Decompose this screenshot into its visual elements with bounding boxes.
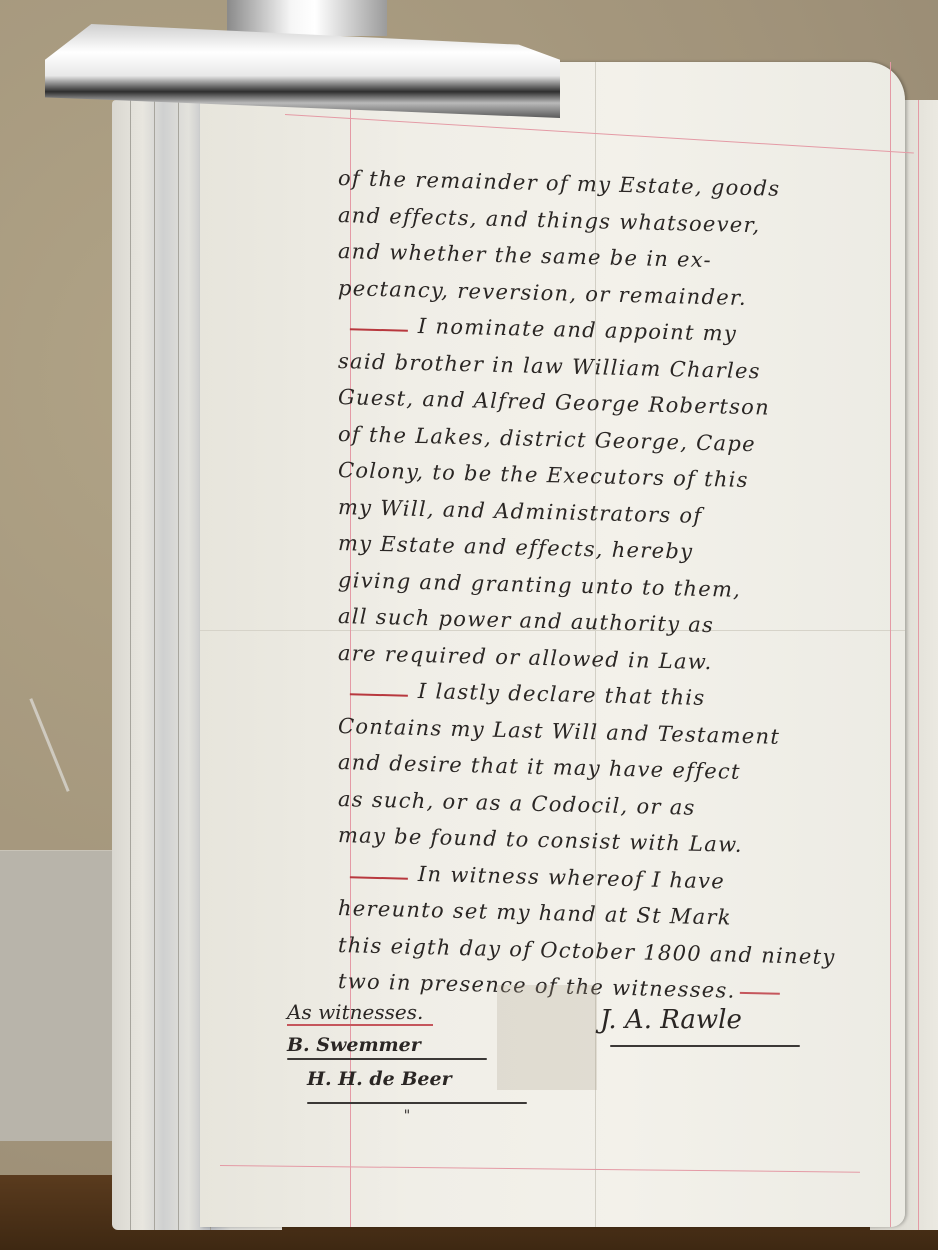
- witness-heading: As witnesses.: [287, 1000, 433, 1026]
- signature-flourish: [610, 1045, 800, 1047]
- signature-flourish: [307, 1102, 527, 1104]
- bottom-rule: [220, 1165, 860, 1173]
- will-body-text: of the remainder of my Estate, goods and…: [338, 160, 878, 1000]
- clip-jaw: [45, 24, 560, 118]
- envelope: [0, 850, 125, 1141]
- text-line-content: In witness whereof I have: [418, 861, 726, 892]
- ditto-mark: ": [287, 1108, 527, 1124]
- margin-line: [918, 100, 919, 1230]
- closing-dash: [740, 991, 780, 994]
- sheet-edge: [154, 100, 155, 1230]
- sheet-edge: [178, 100, 179, 1230]
- paragraph-dash: [350, 876, 408, 879]
- clip-lever: [227, 0, 387, 36]
- top-rule: [285, 114, 914, 153]
- text-line-content: I lastly declare that this: [418, 679, 706, 710]
- witness-signatures: As witnesses. B. Swemmer H. H. de Beer ": [287, 1000, 527, 1124]
- signature-flourish: [287, 1058, 487, 1060]
- testator-name: J. A. Rawle: [600, 1005, 810, 1035]
- testator-signature: J. A. Rawle: [600, 1005, 810, 1047]
- bulldog-clip: [45, 0, 560, 118]
- sheet-edge: [130, 100, 131, 1230]
- text-line-content: I nominate and appoint my: [418, 314, 738, 346]
- witness-signature: B. Swemmer: [287, 1034, 527, 1056]
- right-margin-rule: [890, 62, 891, 1227]
- paragraph-dash: [350, 328, 408, 331]
- paragraph-dash: [350, 693, 408, 696]
- witness-signature: H. H. de Beer: [287, 1068, 527, 1090]
